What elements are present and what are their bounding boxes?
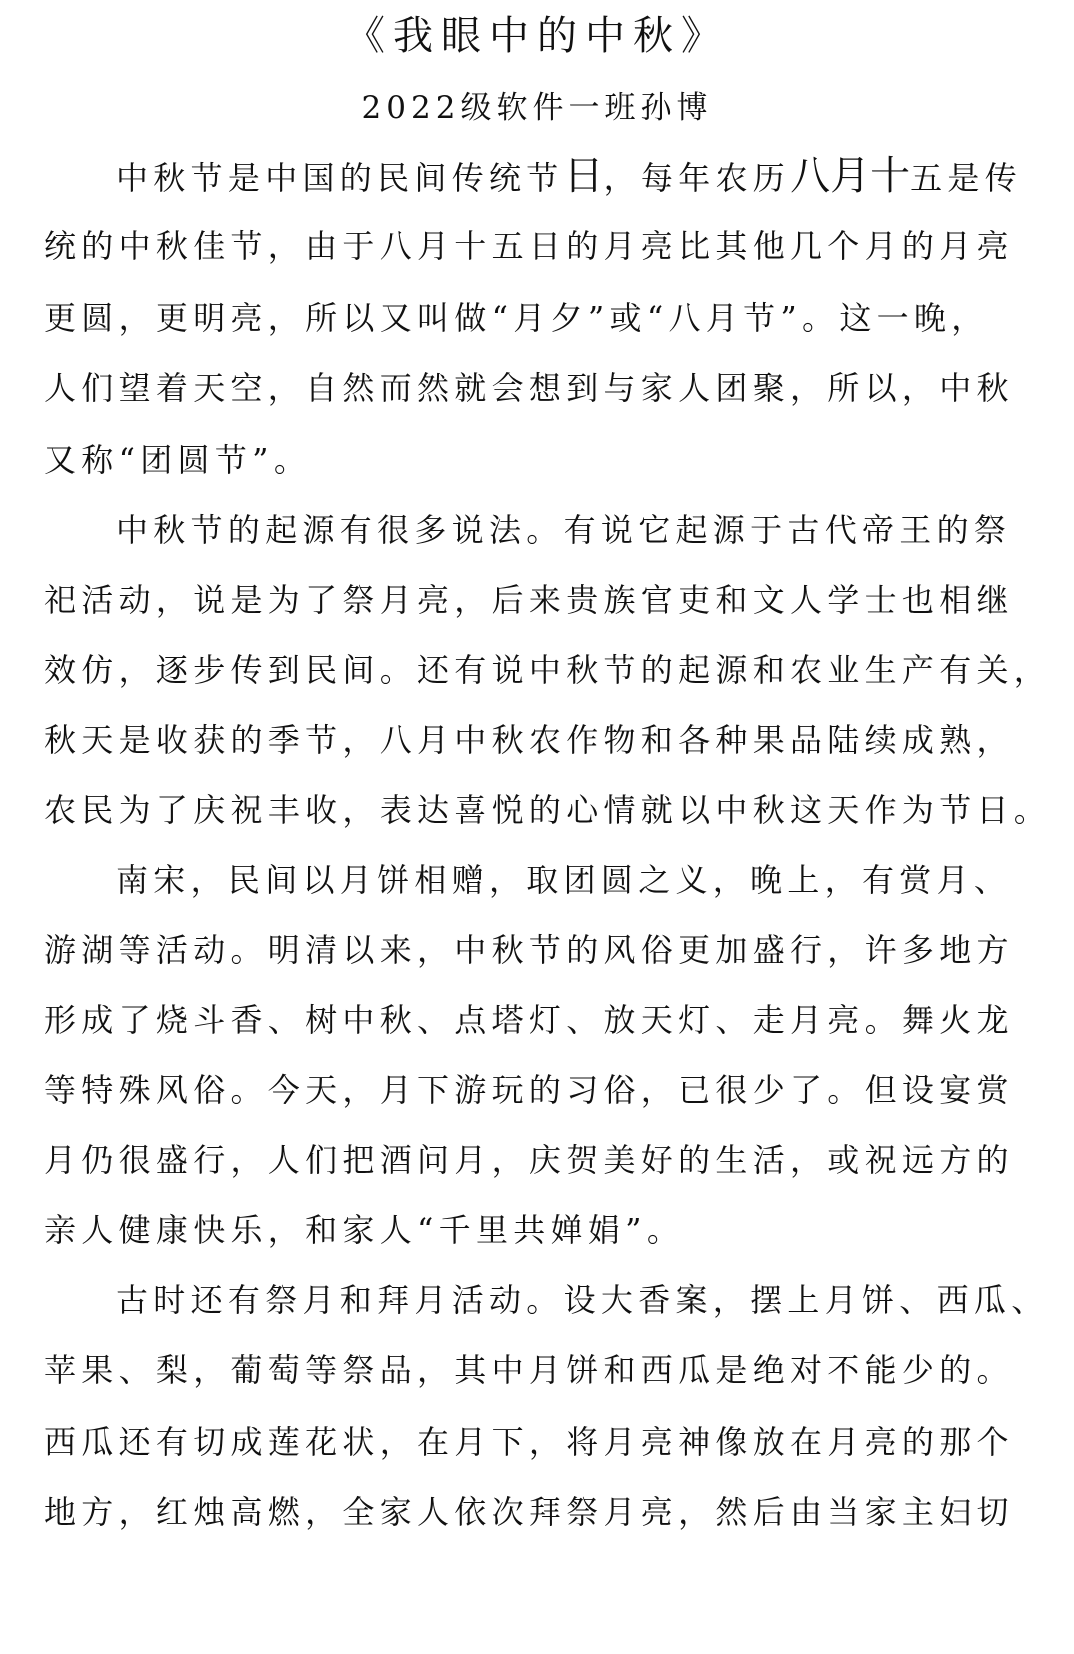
paragraph-3-line-6: 亲人健康快乐，和家人“千里共婵娟”。: [44, 1206, 684, 1254]
paragraph-2-line-4: 秋天是收获的季节，八月中秋农作物和各种果品陆续成熟，: [44, 716, 1014, 764]
paragraph-4-line-1: 古时还有祭月和拜月活动。设大香案，摆上月饼、西瓜、: [116, 1276, 1049, 1324]
paragraph-1-line-2: 统的中秋佳节，由于八月十五日的月亮比其他几个月的月亮: [44, 222, 1014, 270]
emphasized-text: 八月十: [790, 153, 910, 199]
paragraph-3-line-3: 形成了烧斗香、树中秋、点塔灯、放天灯、走月亮。舞火龙: [44, 996, 1014, 1044]
paragraph-2-line-2: 祀活动，说是为了祭月亮，后来贵族官吏和文人学士也相继: [44, 576, 1014, 624]
paragraph-2-line-5: 农民为了庆祝丰收，表达喜悦的心情就以中秋这天作为节日。: [44, 786, 1051, 834]
text-segment: ，每年农历: [604, 159, 791, 197]
paragraph-3-line-5: 月仍很盛行，人们把酒问月，庆贺美好的生活，或祝远方的: [44, 1136, 1014, 1184]
paragraph-1-line-1: 中秋节是中国的民间传统节日，每年农历八月十五是传: [116, 152, 1022, 202]
paragraph-1-line-4: 人们望着天空，自然而然就会想到与家人团聚，所以，中秋: [44, 364, 1014, 412]
text-segment: 中秋节是中国的民间传统节: [116, 159, 564, 197]
paragraph-3-line-4: 等特殊风俗。今天，月下游玩的习俗，已很少了。但设宴赏: [44, 1066, 1014, 1114]
document-title: 《我眼中的中秋》: [0, 6, 1074, 66]
paragraph-1-line-5: 又称“团圆节”。: [44, 436, 311, 484]
document-page: 《我眼中的中秋》 2022级软件一班孙博 中秋节是中国的民间传统节日，每年农历八…: [0, 0, 1074, 1654]
paragraph-4-line-4: 地方，红烛高燃，全家人依次拜祭月亮，然后由当家主妇切: [44, 1488, 1014, 1536]
paragraph-1-line-3: 更圆，更明亮，所以又叫做“月夕”或“八月节”。这一晚，: [44, 294, 989, 342]
text-segment: 五是传: [910, 159, 1022, 197]
paragraph-2-line-3: 效仿，逐步传到民间。还有说中秋节的起源和农业生产有关，: [44, 646, 1051, 694]
paragraph-4-line-2: 苹果、梨，葡萄等祭品，其中月饼和西瓜是绝对不能少的。: [44, 1346, 1014, 1394]
emphasized-text: 日: [564, 153, 604, 199]
paragraph-2-line-1: 中秋节的起源有很多说法。有说它起源于古代帝王的祭: [116, 506, 1011, 554]
paragraph-4-line-3: 西瓜还有切成莲花状，在月下，将月亮神像放在月亮的那个: [44, 1418, 1014, 1466]
document-subtitle: 2022级软件一班孙博: [0, 84, 1074, 132]
paragraph-3-line-1: 南宋，民间以月饼相赠，取团圆之义，晚上，有赏月、: [116, 856, 1011, 904]
paragraph-3-line-2: 游湖等活动。明清以来，中秋节的风俗更加盛行，许多地方: [44, 926, 1014, 974]
